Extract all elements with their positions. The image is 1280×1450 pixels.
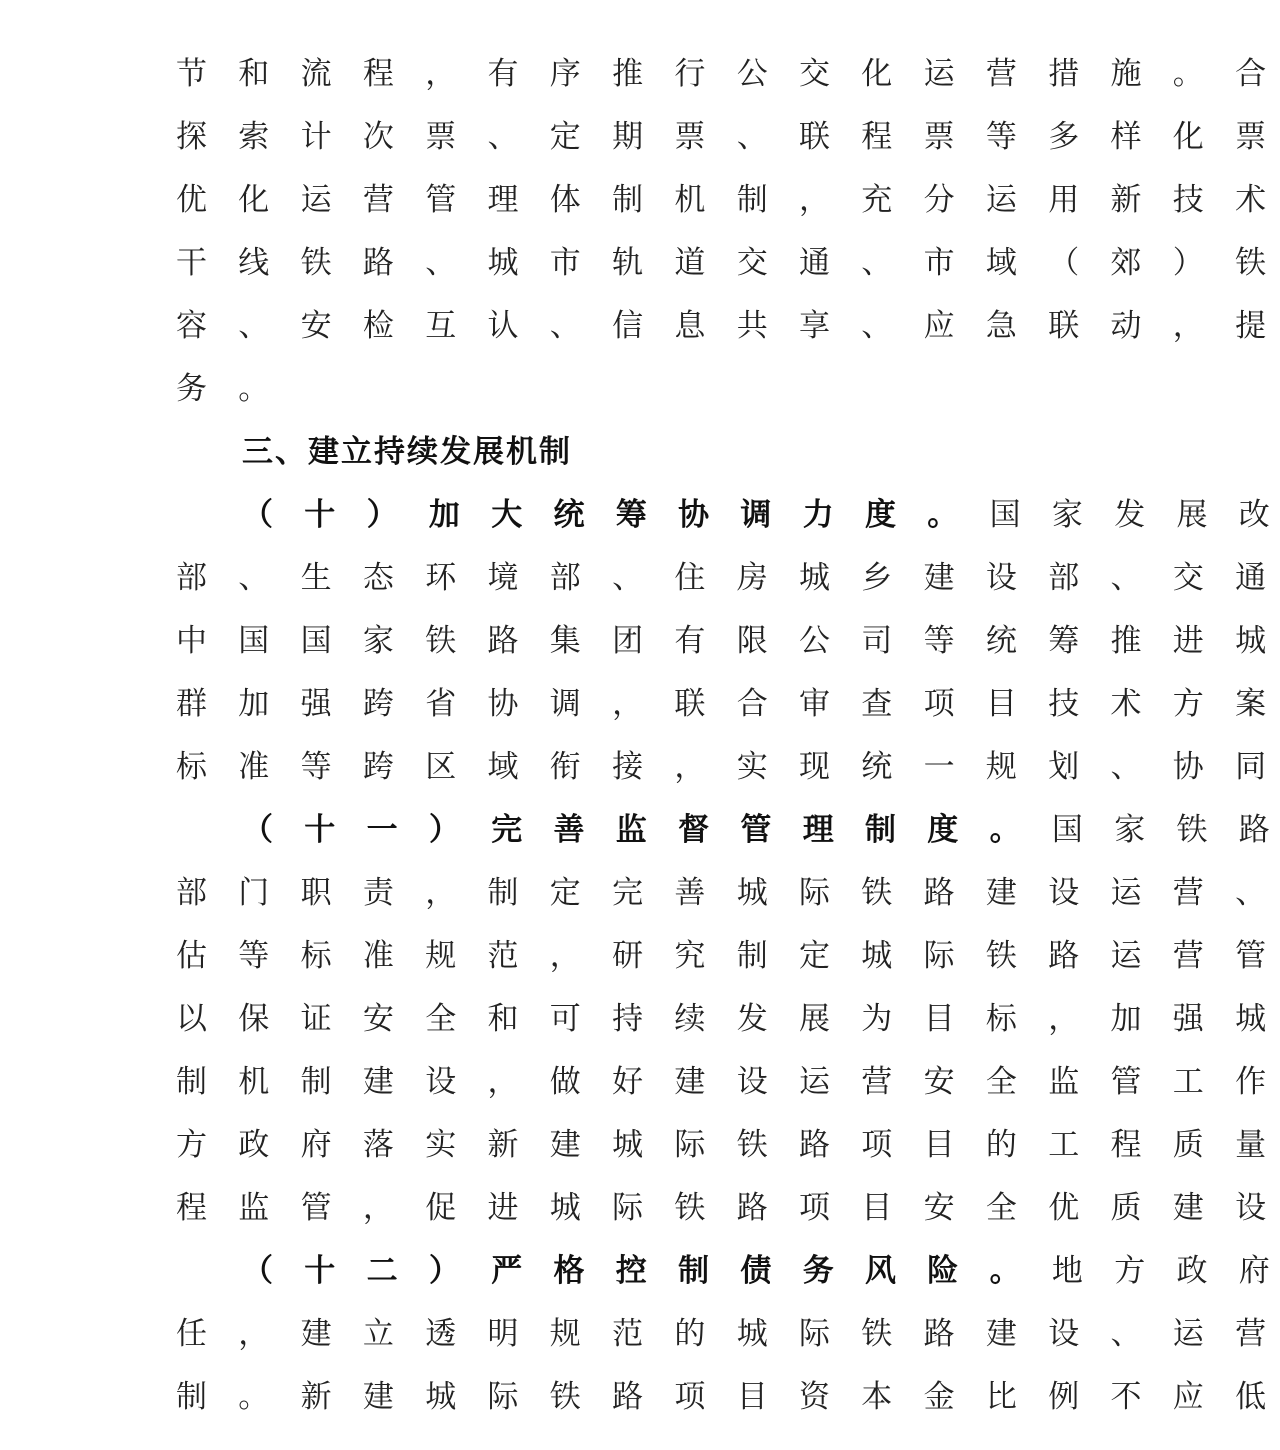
paragraph-11-first-line: （十一）完善监督管理制度。国家铁路局履行行业监督管理 (242, 810, 1182, 850)
text-line: 标准等跨区域衔接，实现统一规划、协同建设、同步运营。 (176, 747, 1116, 787)
paragraph-text: 制。新建城际铁路项目资本金比例不应低于 (176, 1379, 1280, 1415)
text-line: 部门职责，制定完善城际铁路建设运营、服务评价和运营安全评 (176, 873, 1116, 913)
text-line: 节和流程，有序推行公交化运营措施。合理确定票制票价，积极 (176, 54, 1116, 94)
text-line: 群加强跨省协调，联合审查项目技术方案，加强线路走向、技术 (176, 684, 1116, 724)
paragraph-12-first-line: （十二）严格控制债务风险。地方政府严格落实政府支出责 (242, 1251, 1182, 1291)
paragraph-title: （十二）严格控制债务风险。 (242, 1253, 1052, 1289)
text-line: 制机制建设，做好建设运营安全监管工作，强化全过程监管。地 (176, 1062, 1116, 1102)
section-heading: 三、建立持续发展机制 (242, 432, 1182, 472)
paragraph-10-first-line: （十）加大统筹协调力度。国家发展改革委会同自然资源 (242, 495, 1182, 535)
text-line: 以保证安全和可持续发展为目标，加强城际铁路建设运营监管体 (176, 999, 1116, 1039)
document-page: 节和流程，有序推行公交化运营措施。合理确定票制票价，积极 探索计次票、定期票、联… (0, 0, 1280, 1450)
paragraph-title: （十）加大统筹协调力度。 (242, 497, 990, 533)
paragraph-title: （十一）完善监督管理制度。 (242, 812, 1052, 848)
text-line: 优化运营管理体制机制，充分运用新技术，有序实现城际铁路与 (176, 180, 1116, 220)
text-line: 部、生态环境部、住房城乡建设部、交通运输部、国家铁路局、 (176, 558, 1116, 598)
text-line: 容、安检互认、信息共享、应急联动，提供便捷高效的运输服 (176, 306, 1116, 346)
text-line: 任，建立透明规范的城际铁路建设、运营、维护资金投入长效机 (176, 1314, 1116, 1354)
paragraph-text: 国家发展改革委会同自然资源 (990, 497, 1280, 533)
text-line: 方政府落实新建城际铁路项目的工程质量安全监管责任，加强工 (176, 1125, 1116, 1165)
text-line: 干线铁路、城市轨道交通、市域（郊）铁路票制互通、支付兼 (176, 243, 1116, 283)
text-line: 估等标准规范，研究制定城际铁路运营管理办法，指导支持地方 (176, 936, 1116, 976)
text-line: 制。新建城际铁路项目资本金比例不应低于50%，对违规举债融资 (176, 1377, 1116, 1417)
paragraph-text: 国家铁路局履行行业监督管理 (1052, 812, 1280, 848)
paragraph-text: 地方政府严格落实政府支出责 (1052, 1253, 1280, 1289)
text-line: 程监管，促进城际铁路项目安全优质建设。 (176, 1188, 1116, 1228)
text-line: 务。 (176, 369, 1116, 409)
text-line: 探索计次票、定期票、联程票等多样化票制。支持地方政府改革 (176, 117, 1116, 157)
text-line: 中国国家铁路集团有限公司等统筹推进城际铁路发展。支持城市 (176, 621, 1116, 661)
